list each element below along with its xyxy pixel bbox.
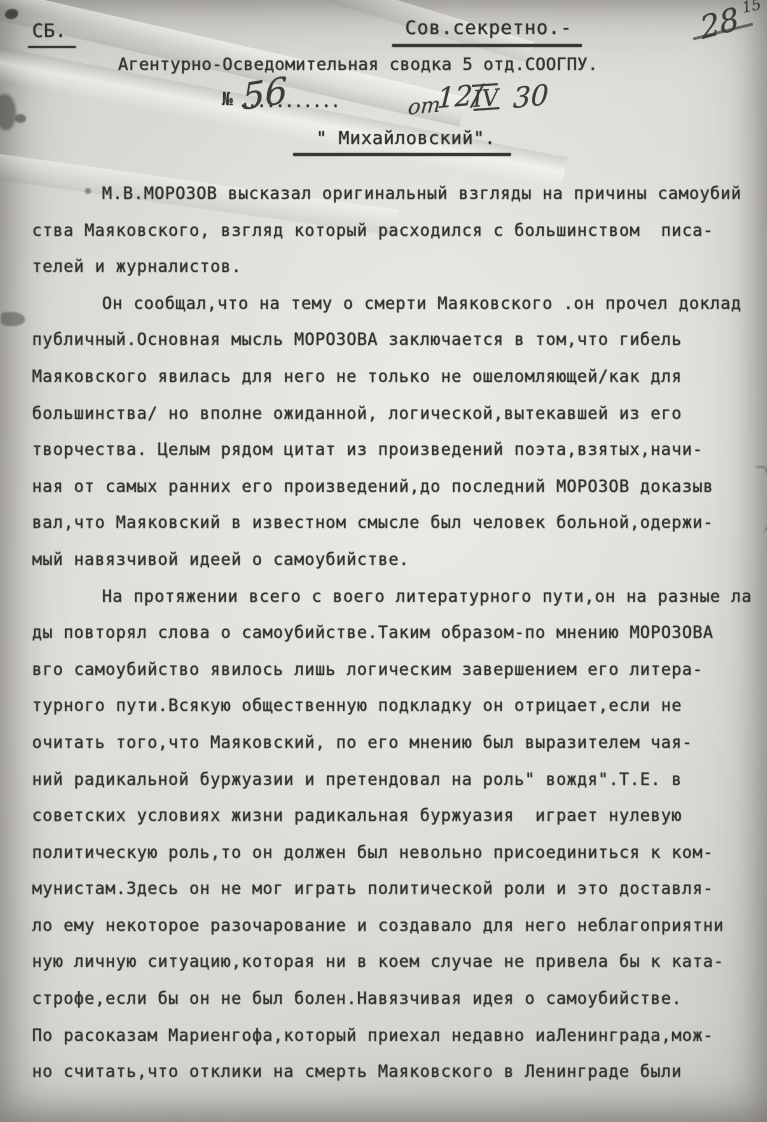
body-line: Он сообщал,что на тему о смерти Маяковск… (32, 286, 767, 323)
body-line: мунистам.Здесь он не мог играть политиче… (32, 871, 767, 908)
document-title: Агентурно-Осведомительная сводка 5 отд.С… (118, 55, 598, 75)
body-line: публичный.Основная мысль МОРОЗОВА заключ… (32, 322, 767, 359)
corner-mark: СБ. (32, 20, 66, 42)
body-line: творчества. Целым рядом цитат из произве… (32, 432, 767, 469)
scanned-document-page: СБ. Сов.секретно.- Агентурно-Осведомител… (0, 0, 767, 1122)
body-line: советских условиях жизни радикальная бур… (32, 798, 767, 835)
body-line: вго самоубийство явилось лишь логическим… (32, 652, 767, 689)
body-line: очитать того,что Маяковский, по его мнен… (32, 725, 767, 762)
corner-mark-underline (28, 46, 76, 48)
ink-smudge (0, 94, 16, 130)
body-line: политическую роль,то он должен был невол… (32, 835, 767, 872)
body-line: По расоказам Мариенгофа,который приехал … (32, 1018, 767, 1055)
number-label: № (222, 89, 233, 110)
codename-underline (293, 153, 511, 156)
handwritten-page-note: 15 (740, 0, 762, 17)
body-line: ды повторял слова о самоубийстве.Таким о… (32, 615, 767, 652)
body-line: мый навязчивой идеей о самоубийстве. (32, 542, 767, 579)
body-line: турного пути.Всякую общественную подклад… (32, 688, 767, 725)
ink-smudge (15, 114, 26, 123)
body-line: Маяковского явилась для него не только н… (32, 359, 767, 396)
body-line: телей и журналистов. (32, 249, 767, 286)
body-line: ло ему некоторое разочарование и создава… (32, 908, 767, 945)
body-line: На протяжении всего с воего литературног… (32, 579, 767, 616)
handwritten-page-number: 28 (698, 1, 742, 47)
handwritten-number: 56 (242, 70, 288, 119)
body-line: ний радикальной буржуазии и претендовал … (32, 762, 767, 799)
report-body: М.В.МОРОЗОВ высказал оригинальный взгляд… (32, 176, 767, 1091)
ink-smudge (1, 312, 25, 326)
handwritten-date-year: 30 (513, 78, 550, 115)
body-line: большинства/ но вполне ожиданной, логиче… (32, 396, 767, 433)
body-line: ная от самых ранних его произведений,до … (32, 469, 767, 506)
agent-codename: " Михайловский". (316, 128, 496, 149)
classification-underline (392, 44, 582, 47)
body-line: строфе,если бы он не был болен.Навязчива… (32, 981, 767, 1018)
body-line: ную личную ситуацию,которая ни в коем сл… (32, 944, 767, 981)
body-line: вал,что Маяковский в известном смысле бы… (32, 505, 767, 542)
body-line: но считать,что отклики на смерть Маяковс… (32, 1054, 767, 1091)
ink-smudge (5, 9, 18, 19)
body-line: М.В.МОРОЗОВ высказал оригинальный взгляд… (32, 176, 767, 213)
handwritten-date-month: IV (472, 85, 499, 113)
classification-stamp: Сов.секретно.- (405, 17, 572, 39)
body-line: ства Маяковского, взгляд который расходи… (32, 213, 767, 250)
